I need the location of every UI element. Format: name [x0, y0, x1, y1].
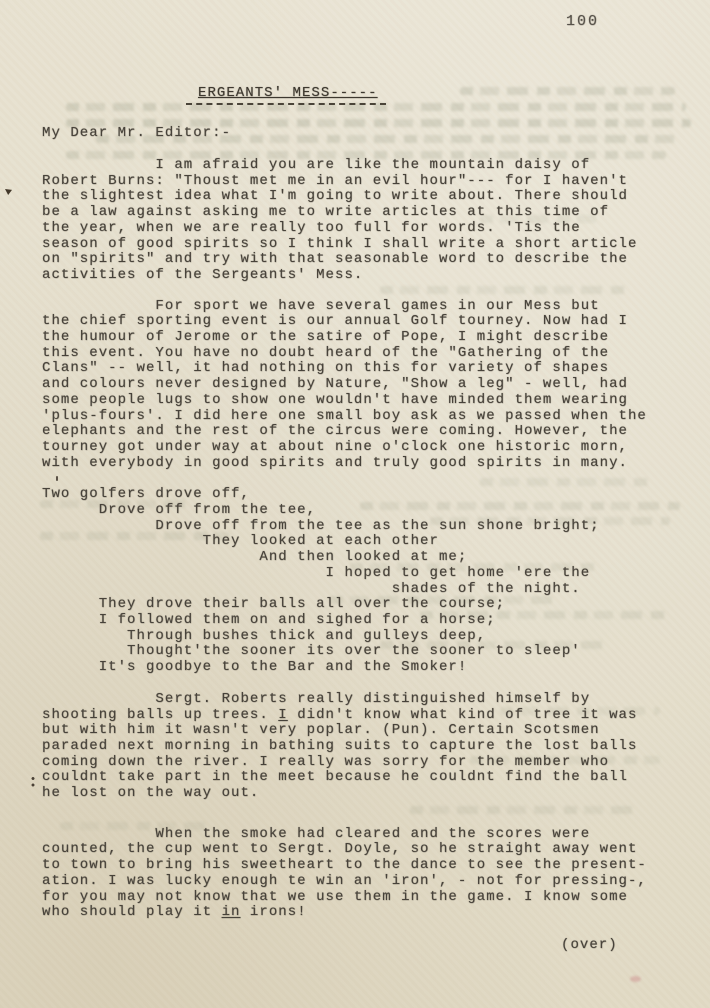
underlined-word: I [278, 707, 287, 723]
letter-title: ERGEANTS' MESS----- [186, 86, 386, 105]
para-2: For sport we have several games in our M… [42, 299, 682, 472]
text-segment: who should play it [42, 904, 222, 920]
page-number: 100 [566, 14, 599, 30]
text-line: but with him it wasn't very poplar. (Pun… [42, 723, 682, 739]
ink-speck [31, 777, 35, 787]
ink-speck [5, 189, 12, 195]
text-segment: irons! [240, 904, 306, 920]
text-line: counted, the cup went to Sergt. Doyle, s… [42, 842, 682, 858]
text-line: coming down the river. I really was sorr… [42, 755, 682, 771]
text-line: for you may not know that we use them in… [42, 890, 682, 906]
text-line: ation. I was lucky enough te win an 'iro… [42, 874, 682, 890]
text-line: Two golfers drove off, [42, 487, 682, 503]
text-line: paraded next morning in bathing suits to… [42, 739, 682, 755]
text-line: I am afraid you are like the mountain da… [42, 158, 682, 174]
text-line: shooting balls up trees. I didn't know w… [42, 708, 682, 724]
text-line: tourney got under way at about nine o'cl… [42, 440, 682, 456]
para-4: When the smoke had cleared and the score… [42, 827, 682, 921]
text-line: activities of the Sergeants' Mess. [42, 268, 682, 284]
ink-smudge [630, 976, 641, 982]
text-line: the chief sporting event is our annual G… [42, 314, 682, 330]
text-line: with everybody in good spirits and truly… [42, 456, 682, 472]
text-segment: shooting balls up trees. [42, 707, 278, 723]
salutation: My Dear Mr. Editor:- [42, 126, 231, 142]
text-line: who should play it in irons! [42, 905, 682, 921]
text-line: Drove off from the tee, [42, 503, 682, 519]
text-segment: didn't know what kind of tree it was [288, 707, 638, 723]
text-line: Clans" -- well, it had nothing on this f… [42, 361, 682, 377]
text-line: be a law against asking me to write arti… [42, 205, 682, 221]
letter-body: I am afraid you are like the mountain da… [42, 158, 682, 921]
text-line: the year, when we are really too full fo… [42, 221, 682, 237]
text-line: on "spirits" and try with that seasonabl… [42, 252, 682, 268]
text-line: I followed them on and sighed for a hors… [42, 613, 682, 629]
text-line: It's goodbye to the Bar and the Smoker! [42, 660, 682, 676]
text-line: 'plus-fours'. I did here one small boy a… [42, 409, 682, 425]
text-line: he lost on the way out. [42, 786, 682, 802]
text-line: to town to bring his sweetheart to the d… [42, 858, 682, 874]
text-line: They looked at each other [42, 534, 682, 550]
text-line: shades of the night. [42, 582, 682, 598]
text-line: They drove their balls all over the cour… [42, 597, 682, 613]
over-note: (over) [561, 938, 618, 954]
para-3: Sergt. Roberts really distinguished hims… [42, 692, 682, 802]
text-line: elephants and the rest of the circus wer… [42, 424, 682, 440]
text-line: And then looked at me; [42, 550, 682, 566]
text-line: Sergt. Roberts really distinguished hims… [42, 692, 682, 708]
bleedthrough-line [460, 87, 675, 95]
text-line: For sport we have several games in our M… [42, 299, 682, 315]
text-line: couldnt take part in the meet because he… [42, 770, 682, 786]
text-line: the slightest idea what I'm going to wri… [42, 189, 682, 205]
typewritten-letter-page: 100 ERGEANTS' MESS----- My Dear Mr. Edit… [0, 0, 710, 1008]
para-1: I am afraid you are like the mountain da… [42, 158, 682, 284]
poem: Two golfers drove off, Drove off from th… [42, 487, 682, 675]
text-line: I hoped to get home 'ere the [42, 566, 682, 582]
text-line: some people lugs to show one wouldn't ha… [42, 393, 682, 409]
text-line: the humour of Jerome or the satire of Po… [42, 330, 682, 346]
text-line: season of good spirits so I think I shal… [42, 237, 682, 253]
text-line: Thought'the sooner its over the sooner t… [42, 644, 682, 660]
page-binding-edge [0, 0, 20, 1008]
underlined-word: in [222, 904, 241, 920]
text-line: and colours never designed by Nature, "S… [42, 377, 682, 393]
